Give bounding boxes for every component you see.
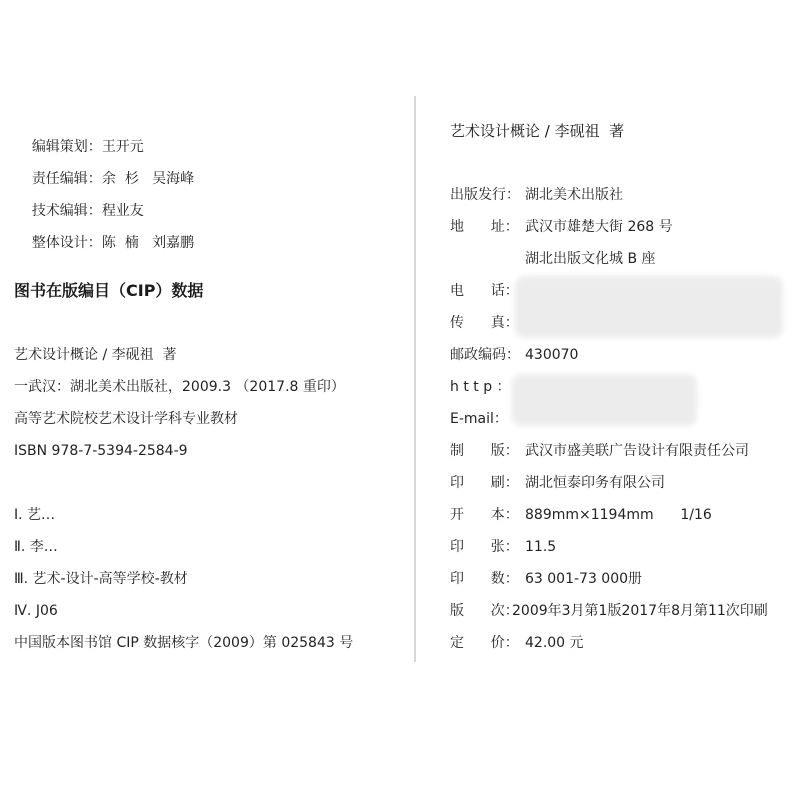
info-label: 电 话： — [450, 282, 519, 300]
info-label: 定 价： — [450, 634, 519, 652]
cip-line: ISBN 978-7-5394-2584-9 — [14, 442, 188, 460]
info-label: E-mail： — [450, 410, 508, 428]
info-value-plate-making: 武汉市盛美联广告设计有限责任公司 — [525, 442, 749, 460]
info-value-printer: 湖北恒泰印务有限公司 — [525, 474, 665, 492]
info-value-format: 889mm×1194mm 1/16 — [525, 506, 712, 524]
info-value-publisher: 湖北美术出版社 — [525, 186, 623, 204]
info-label: 印 数： — [450, 570, 519, 588]
credit-value: 陈 楠 刘嘉鹏 — [102, 235, 194, 251]
info-label: 邮政编码： — [450, 346, 520, 364]
info-value-edition: 2009年3月第1版2017年8月第11次印刷 — [512, 602, 768, 620]
info-label: 印 张： — [450, 538, 519, 556]
cip-line: 艺术设计概论 / 李砚祖 著 — [14, 346, 177, 364]
info-label: 版 次： — [450, 602, 519, 620]
info-label: 印 刷： — [450, 474, 519, 492]
classification-line: Ⅲ. 艺术-设计-高等学校-教材 — [14, 570, 188, 588]
redaction-blur — [512, 374, 697, 426]
classification-line: Ⅱ. 李… — [14, 538, 58, 556]
info-label: 出版发行： — [450, 186, 520, 204]
info-label: 制 版： — [450, 442, 519, 460]
credit-overall-design: 整体设计：陈 楠 刘嘉鹏 — [14, 216, 194, 270]
info-value-print-run: 63 001-73 000册 — [525, 570, 642, 588]
info-value-sheets: 11.5 — [525, 538, 556, 556]
info-value-address-line2: 湖北出版文化城 B 座 — [525, 250, 656, 268]
classification-line: Ⅰ. 艺… — [14, 506, 55, 524]
cip-line: 一武汉：湖北美术出版社，2009.3 （2017.8 重印） — [14, 378, 345, 396]
info-label: 开 本： — [450, 506, 519, 524]
info-label: 地 址： — [450, 218, 519, 236]
page-gutter-divider — [414, 96, 416, 662]
info-value-postcode: 430070 — [525, 346, 578, 364]
cip-line: 高等艺术院校艺术设计学科专业教材 — [14, 410, 238, 428]
credit-label: 整体设计： — [32, 235, 102, 251]
book-title-line: 艺术设计概论 / 李砚祖 著 — [450, 122, 624, 140]
cip-heading: 图书在版编目（CIP）数据 — [14, 282, 203, 300]
classification-line: Ⅳ. J06 — [14, 602, 58, 620]
info-label: 传 真： — [450, 314, 519, 332]
cip-number: 中国版本图书馆 CIP 数据核字（2009）第 025843 号 — [14, 634, 353, 652]
info-label: h t t p ： — [450, 378, 511, 396]
info-value-address: 武汉市雄楚大街 268 号 — [525, 218, 673, 236]
info-value-price: 42.00 元 — [525, 634, 584, 652]
redaction-blur — [515, 276, 783, 338]
